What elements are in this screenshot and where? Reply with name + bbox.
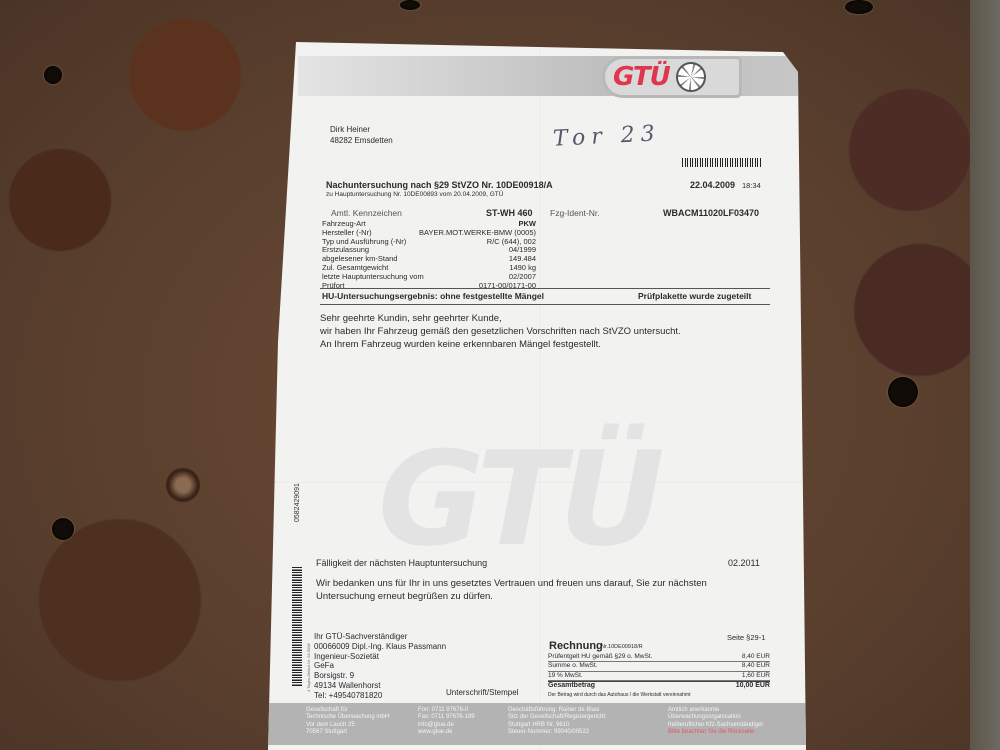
detail-value: 0171-00/0171-00	[479, 282, 536, 291]
document-date: 22.04.2009	[690, 180, 735, 190]
expert-line: Borsigstr. 9	[314, 671, 446, 681]
footer-registration: Geschäftsführung: Rainer de Biasi Sitz d…	[508, 707, 607, 737]
inspection-result: HU-Untersuchungsergebnis: ohne festgeste…	[322, 291, 544, 301]
inspection-report-paper: GTÜ GTÜ Dirk Heiner 48282 Emsdetten Tor …	[268, 42, 806, 750]
logo-text: GTÜ	[613, 62, 670, 92]
handwritten-note: Tor 23	[552, 121, 661, 152]
detail-row: Prüfort0171-00/0171-00	[322, 282, 536, 291]
footer-line: 70567 Stuttgart	[306, 729, 389, 736]
invoice-total-row: Gesamtbetrag10,00 EUR	[548, 681, 770, 690]
invoice-amount: 8,40 EUR	[742, 662, 770, 670]
footer-line: info@gtue.de	[418, 722, 475, 729]
invoice-item: Prüfentgelt HU gemäß §29 o. MwSt.	[548, 653, 652, 661]
footer-line: Geschäftsführung: Rainer de Biasi	[508, 707, 607, 714]
recipient-address: Dirk Heiner 48282 Emsdetten	[330, 124, 393, 146]
plate-value: ST-WH 460	[486, 208, 533, 218]
footer-line: Fax: 0711 97676-199	[418, 714, 475, 721]
divider	[320, 288, 770, 289]
expert-line: Tel: +49540781820	[314, 691, 446, 701]
metal-bolt	[166, 468, 200, 502]
letter-greeting: Sehr geehrte Kundin, sehr geehrter Kunde…	[320, 312, 681, 325]
invoice-amount: 8,40 EUR	[742, 653, 770, 661]
thanks-line: Wir bedanken uns für Ihr in uns gesetzte…	[316, 577, 707, 590]
invoice-title: Rechnung	[549, 640, 603, 652]
fold-line	[540, 42, 542, 750]
gtue-watermark: GTÜ	[378, 437, 708, 562]
metal-edge	[970, 0, 1000, 750]
document-time: 18:34	[742, 181, 761, 190]
metal-hole	[400, 0, 420, 10]
document-title: Nachuntersuchung nach §29 StVZO Nr. 10DE…	[326, 180, 553, 190]
invoice-total-value: 10,00 EUR	[736, 682, 770, 690]
metal-hole	[44, 66, 62, 84]
page-number: Seite §29-1	[727, 633, 765, 642]
footer-line: freiberuflicher Kfz-Sachverständiger	[668, 722, 763, 729]
thanks-line: Untersuchung erneut begrüßen zu dürfen.	[316, 590, 707, 603]
metal-hole	[845, 0, 873, 14]
vehicle-details: Fahrzeug-ArtPKW Hersteller (-Nr)BAYER.MO…	[322, 220, 536, 290]
recipient-name: Dirk Heiner	[330, 124, 393, 135]
signature-label: Unterschrift/Stempel	[446, 688, 518, 697]
plate-label: Amtl. Kennzeichen	[331, 208, 402, 218]
footer-line: Steuer-Nummer: 99040/00522	[508, 729, 607, 736]
letter-line: An Ihrem Fahrzeug wurden keine erkennbar…	[320, 338, 681, 351]
footer-line: Sitz der Gesellschaft/Registergericht:	[508, 714, 607, 721]
invoice-item: 19 % MwSt.	[548, 672, 583, 680]
invoice-row: Prüfentgelt HU gemäß §29 o. MwSt.8,40 EU…	[548, 653, 770, 662]
vin-label: Fzg-Ident-Nr.	[550, 208, 600, 218]
invoice-item: Summe o. MwSt.	[548, 662, 597, 670]
barcode	[682, 158, 762, 167]
expert-line: 00066009 Dipl.-Ing. Klaus Passmann	[314, 642, 446, 652]
divider	[320, 304, 770, 305]
invoice-note: Der Betrag wird durch das Autohaus / die…	[548, 692, 690, 698]
invoice-amount: 1,60 EUR	[742, 672, 770, 680]
footer-line: Stuttgart HRB Nr. 9610	[508, 722, 607, 729]
next-inspection-label: Fälligkeit der nächsten Hauptuntersuchun…	[316, 558, 487, 568]
wheel-icon	[676, 62, 706, 92]
sticker-issued: Prüfplakette wurde zugeteilt	[638, 291, 751, 301]
footer-line: Technische Überwachung mbH	[306, 714, 389, 721]
footer-accreditation: Amtlich anerkannte Überwachungsorganisat…	[668, 707, 763, 737]
footer-notice: Bitte beachten Sie die Rückseite	[668, 729, 763, 736]
side-barcode	[292, 567, 302, 687]
footer-contact: Fon: 0711 97676-0 Fax: 0711 97676-199 in…	[418, 707, 475, 737]
invoice-total-label: Gesamtbetrag	[548, 682, 595, 690]
footer-line: Überwachungsorganisation	[668, 714, 763, 721]
document-subtitle: zu Hauptuntersuchung Nr. 10DE00893 vom 2…	[326, 191, 503, 198]
invoice-number: Nr.10DE00918/R	[601, 644, 643, 650]
expert-line: 49134 Wallenhorst	[314, 681, 446, 691]
invoice-row: Summe o. MwSt.8,40 EUR	[548, 662, 770, 671]
next-inspection-value: 02.2011	[728, 558, 760, 568]
recipient-city: 48282 Emsdetten	[330, 135, 393, 146]
invoice-table: Prüfentgelt HU gemäß §29 o. MwSt.8,40 EU…	[548, 653, 770, 690]
gtue-logo: GTÜ	[602, 56, 742, 98]
expert-line: GeFa	[314, 661, 446, 671]
footer-company: Gesellschaft für Technische Überwachung …	[306, 707, 389, 737]
invoice-row: 19 % MwSt.1,60 EUR	[548, 672, 770, 681]
expert-line: Ingenieur-Sozietät	[314, 652, 446, 662]
letter-line: wir haben Ihr Fahrzeug gemäß den gesetzl…	[320, 325, 681, 338]
metal-hole	[888, 377, 918, 407]
side-small-print: 4 Tages-Ablauf-Nr. 04.0008	[306, 643, 311, 692]
expert-block: Ihr GTÜ-Sachverständiger 00066009 Dipl.-…	[314, 632, 446, 701]
thanks-text: Wir bedanken uns für Ihr in uns gesetzte…	[316, 577, 707, 603]
side-serial-number: 0582429091	[294, 483, 301, 522]
letter-body: Sehr geehrte Kundin, sehr geehrter Kunde…	[320, 312, 681, 351]
metal-hole	[52, 518, 74, 540]
footer-line: Vor dem Lauch 25	[306, 722, 389, 729]
detail-label: Prüfort	[322, 282, 345, 291]
footer-line: Fon: 0711 97676-0	[418, 707, 475, 714]
footer-band: Gesellschaft für Technische Überwachung …	[268, 703, 806, 745]
vin-value: WBACM11020LF03470	[663, 208, 759, 218]
footer-line: www.gtue.de	[418, 729, 475, 736]
expert-line: Ihr GTÜ-Sachverständiger	[314, 632, 446, 642]
